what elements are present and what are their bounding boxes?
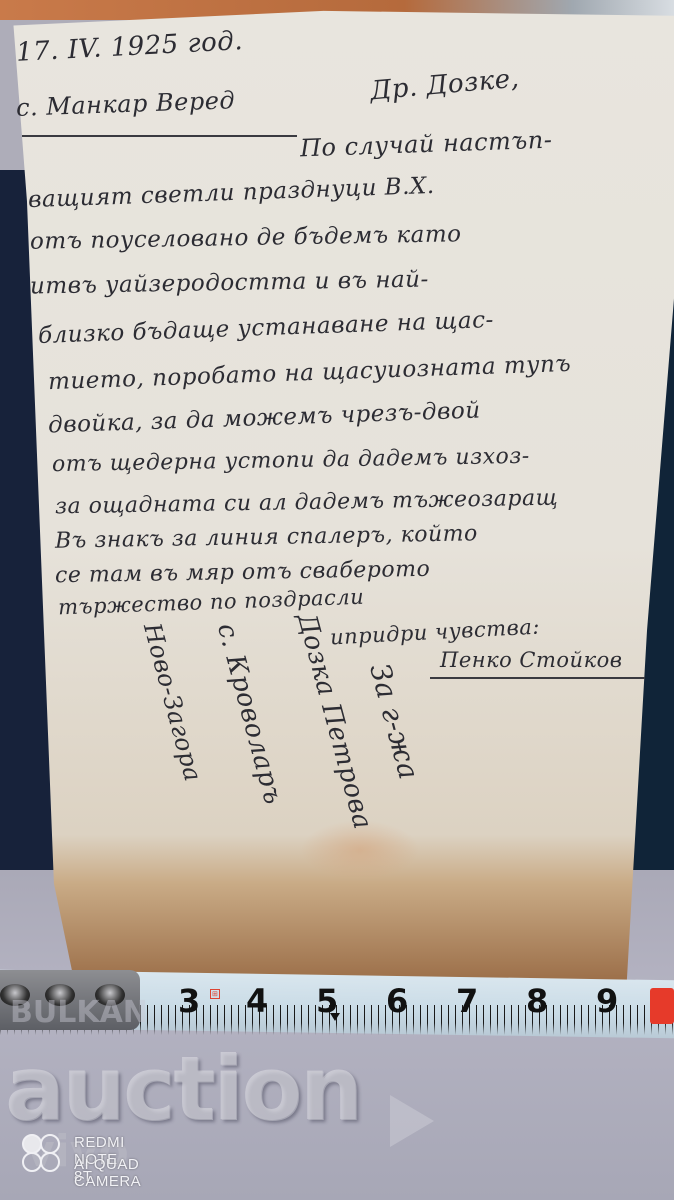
tape-number: 6 [386, 982, 408, 1020]
watermark-brand: BULKAN [10, 995, 148, 1030]
tape-number: 9 [596, 982, 618, 1020]
tape-number: 4 [246, 982, 268, 1020]
tape-number: 7 [456, 982, 478, 1020]
camera-feature: AI QUAD CAMERA [74, 1156, 141, 1190]
play-icon [390, 1095, 434, 1147]
signature-underline [430, 677, 645, 679]
tape-number: 3 [178, 982, 200, 1020]
tape-badge: ⊞ [210, 989, 220, 999]
camera-lens-icon [20, 1132, 60, 1172]
place-underline [22, 135, 297, 137]
letter-signature: Пенко Стойков [440, 648, 623, 672]
tape-pointer-icon [330, 1013, 340, 1021]
tape-red-marker [650, 988, 674, 1024]
tape-number: 8 [526, 982, 548, 1020]
